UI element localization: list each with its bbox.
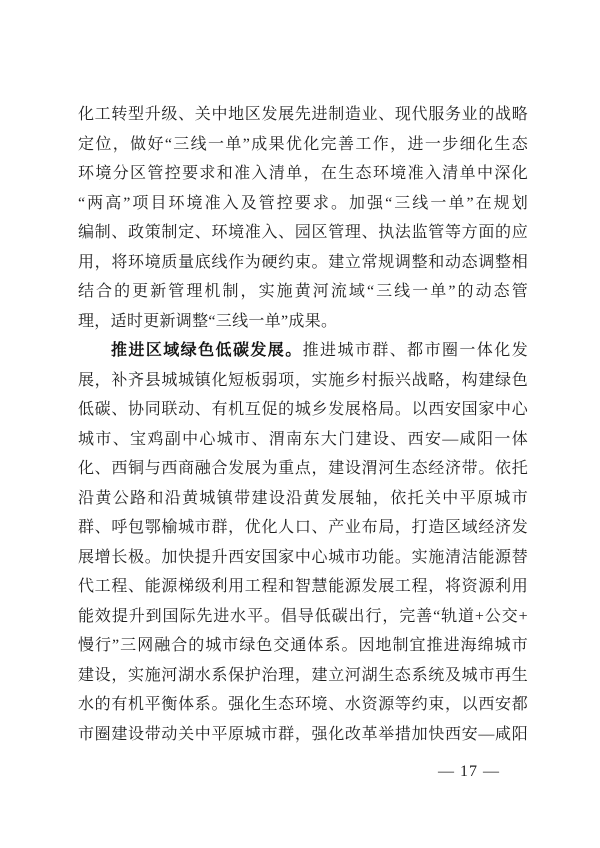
text-line: “两高”项目环境准入及管控要求。加强“三线一单”在规划 [78,189,528,219]
line-text: 城市、宝鸡副中心城市、渭南东大门建设、西安—咸阳一体 [78,431,528,448]
text-block: 化工转型升级、关中地区发展先进制造业、现代服务业的战略定位，做好“三线一单”成果… [78,100,528,749]
line-text: 慢行”三网融合的城市绿色交通体系。因地制宜推进海绵城市 [78,637,528,654]
text-line: 展，补齐县城城镇化短板弱项，实施乡村振兴战略，构建绿色 [78,366,528,396]
text-line: 定位，做好“三线一单”成果优化完善工作，进一步细化生态 [78,130,528,160]
line-text: 水的有机平衡体系。强化生态环境、水资源等约束，以西安都 [78,696,528,713]
page-number: — 17 — [438,763,500,780]
text-line: 建设，实施河湖水系保护治理，建立河湖生态系统及城市再生 [78,661,528,691]
line-text: 代工程、能源梯级利用工程和智慧能源发展工程，将资源利用 [78,578,528,595]
line-text: 用，将环境质量底线作为硬约束。建立常规调整和动态调整相 [78,254,528,271]
line-text: 群、呼包鄂榆城市群，优化人口、产业布局，打造区域经济发 [78,519,528,536]
text-line: 化工转型升级、关中地区发展先进制造业、现代服务业的战略 [78,100,528,130]
page-footer: — 17 — [0,760,500,784]
line-text: “两高”项目环境准入及管控要求。加强“三线一单”在规划 [78,195,528,212]
text-line: 结合的更新管理机制，实施黄河流域“三线一单”的动态管 [78,277,528,307]
line-text: 推进城市群、都市圈一体化发 [303,342,528,359]
line-text: 能效提升到国际先进水平。倡导低碳出行，完善“轨道+公交+ [78,608,528,625]
text-line: 展增长极。加快提升西安国家中心城市功能。实施清洁能源替 [78,543,528,573]
line-text: 建设，实施河湖水系保护治理，建立河湖生态系统及城市再生 [78,667,528,684]
line-text: 化、西铜与西商融合发展为重点，建设渭河生态经济带。依托 [78,460,528,477]
line-text: 低碳、协同联动、有机互促的城乡发展格局。以西安国家中心 [78,401,528,418]
text-line: 能效提升到国际先进水平。倡导低碳出行，完善“轨道+公交+ [78,602,528,632]
text-line: 水的有机平衡体系。强化生态环境、水资源等约束，以西安都 [78,690,528,720]
line-text: 市圈建设带动关中平原城市群，强化改革举措加快西安—咸阳 [78,726,528,743]
line-text: 定位，做好“三线一单”成果优化完善工作，进一步细化生态 [78,136,528,153]
document-page: 化工转型升级、关中地区发展先进制造业、现代服务业的战略定位，做好“三线一单”成果… [0,0,600,848]
line-text: 化工转型升级、关中地区发展先进制造业、现代服务业的战略 [78,106,528,123]
text-line: 慢行”三网融合的城市绿色交通体系。因地制宜推进海绵城市 [78,631,528,661]
line-text: 展增长极。加快提升西安国家中心城市功能。实施清洁能源替 [78,549,528,566]
text-line: 推进区域绿色低碳发展。推进城市群、都市圈一体化发 [78,336,528,366]
text-line: 群、呼包鄂榆城市群，优化人口、产业布局，打造区域经济发 [78,513,528,543]
text-line: 城市、宝鸡副中心城市、渭南东大门建设、西安—咸阳一体 [78,425,528,455]
line-text: 展，补齐县城城镇化短板弱项，实施乡村振兴战略，构建绿色 [78,372,528,389]
line-text: 结合的更新管理机制，实施黄河流域“三线一单”的动态管 [78,283,528,300]
text-line: 代工程、能源梯级利用工程和智慧能源发展工程，将资源利用 [78,572,528,602]
text-line: 理，适时更新调整“三线一单”成果。 [78,307,528,337]
text-line: 化、西铜与西商融合发展为重点，建设渭河生态经济带。依托 [78,454,528,484]
text-line: 环境分区管控要求和准入清单，在生态环境准入清单中深化 [78,159,528,189]
line-text: 沿黄公路和沿黄城镇带建设沿黄发展轴，依托关中平原城市 [78,490,528,507]
paragraph-lead-bold: 推进区域绿色低碳发展。 [111,342,303,359]
text-line: 市圈建设带动关中平原城市群，强化改革举措加快西安—咸阳 [78,720,528,750]
text-line: 低碳、协同联动、有机互促的城乡发展格局。以西安国家中心 [78,395,528,425]
line-text: 编制、政策制定、环境准入、园区管理、执法监管等方面的应 [78,224,528,241]
text-line: 沿黄公路和沿黄城镇带建设沿黄发展轴，依托关中平原城市 [78,484,528,514]
line-text: 理，适时更新调整“三线一单”成果。 [78,313,337,330]
text-line: 用，将环境质量底线作为硬约束。建立常规调整和动态调整相 [78,248,528,278]
text-line: 编制、政策制定、环境准入、园区管理、执法监管等方面的应 [78,218,528,248]
line-text: 环境分区管控要求和准入清单，在生态环境准入清单中深化 [78,165,528,182]
